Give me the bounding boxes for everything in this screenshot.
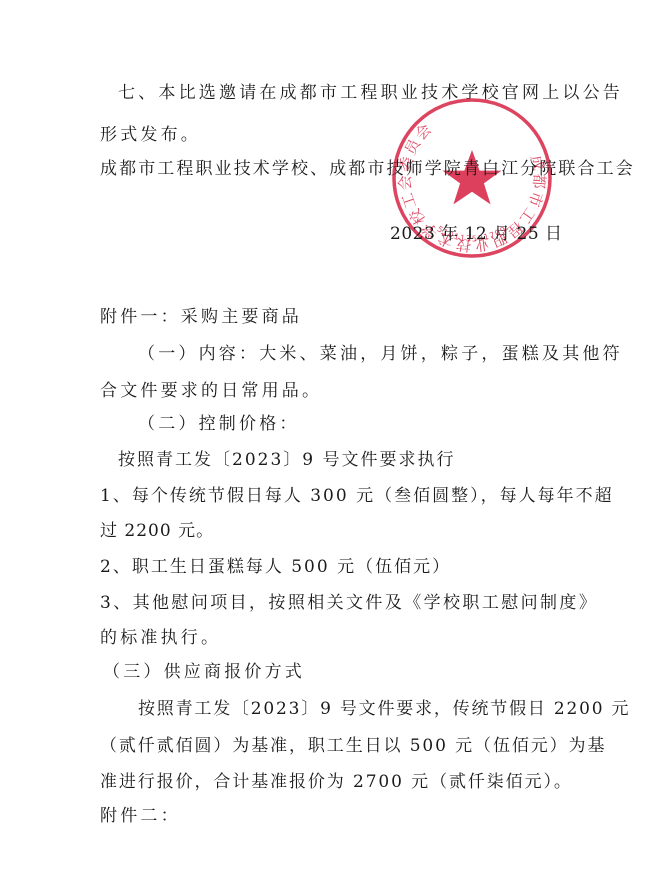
- attachment1-title: 附件一：采购主要商品: [100, 306, 572, 328]
- price-item1-line1: 1、每个传统节假日每人 300 元（叁佰圆整），每人每年不超: [100, 485, 572, 507]
- quote-line1: 按照青工发〔2023〕9 号文件要求，传统节假日 2200 元: [138, 698, 572, 720]
- quote-line2: （贰仟贰佰圆）为基准，职工生日以 500 元（伍佰元）为基: [100, 735, 572, 757]
- price-item1-line2: 过 2200 元。: [100, 520, 572, 542]
- signature-organization: 成都市工程职业技术学校、成都市技师学院青白江分院联合工会: [100, 158, 572, 180]
- price-item2: 2、职工生日蛋糕每人 500 元（伍佰元）: [100, 556, 572, 578]
- section7-line1: 七、本比选邀请在成都市工程职业技术学校官网上以公告: [118, 82, 572, 104]
- price-item3-line1: 3、其他慰问项目，按照相关文件及《学校职工慰问制度》: [100, 592, 572, 614]
- attachment2-title: 附件二：: [100, 805, 572, 827]
- quote-heading: （三）供应商报价方式: [103, 661, 575, 683]
- price-heading: （二）控制价格：: [138, 413, 572, 435]
- signature-date: 2023 年 12 月 25 日: [390, 223, 570, 245]
- quote-line3: 准进行报价，合计基准报价为 2700 元（贰仟柒佰元）。: [100, 771, 572, 793]
- section7-line2: 形式发布。: [100, 124, 572, 146]
- attachment1-content-line1: （一）内容：大米、菜油，月饼，粽子，蛋糕及其他符: [138, 343, 572, 365]
- attachment1-content-line2: 合文件要求的日常用品。: [100, 380, 572, 402]
- price-item3-line2: 的标准执行。: [100, 627, 572, 649]
- price-basis: 按照青工发〔2023〕9 号文件要求执行: [118, 449, 572, 471]
